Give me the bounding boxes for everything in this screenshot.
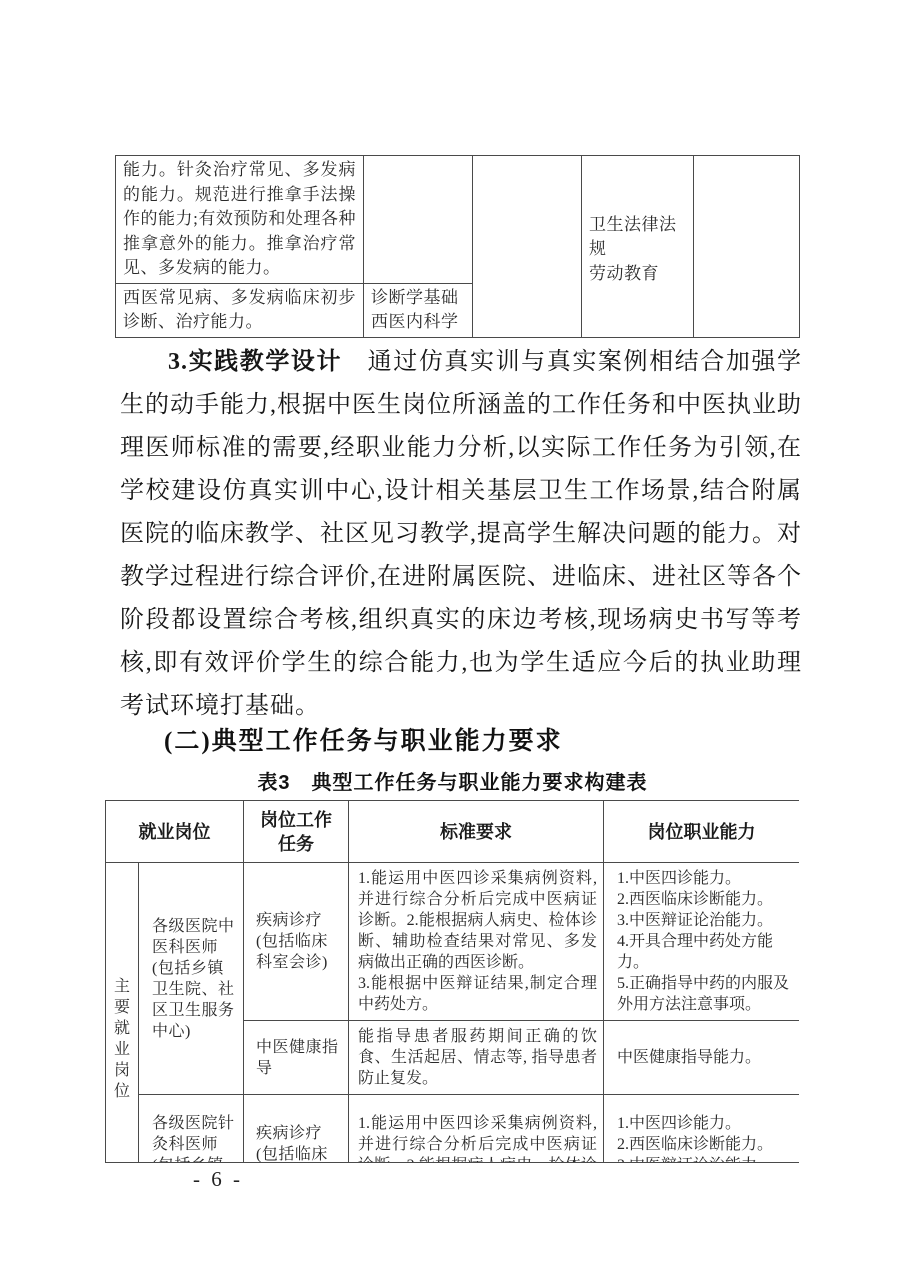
practice-teaching-paragraph: 3.实践教学设计 通过仿真实训与真实案例相结合加强学生的动手能力,根据中医生岗位… — [120, 341, 802, 728]
course-cell-diagnostics: 诊断学基础 西医内科学 — [364, 283, 473, 337]
position-tcm-doctor: 各级医院中医科医师(包括乡镇卫生院、社区卫生服务中心) — [139, 863, 244, 1095]
document-page: 能力。针灸治疗常见、多发病的能力。规范进行推拿手法操作的能力;有效预防和处理各种… — [0, 0, 904, 1280]
requirement-health-guidance: 能指导患者服药期间正确的饮食、生活起居、情志等, 指导患者防止复发。 — [349, 1021, 604, 1095]
task-disease-diagnosis-1: 疾病诊疗 (包括临床 科室会诊) — [244, 863, 349, 1021]
ability-cell-tuina: 能力。针灸治疗常见、多发病的能力。规范进行推拿手法操作的能力;有效预防和处理各种… — [116, 156, 364, 284]
ability-health-guidance: 中医健康指导能力。 — [604, 1021, 800, 1095]
header-standard-requirement: 标准要求 — [349, 801, 604, 863]
page-number: - 6 - — [193, 1167, 243, 1192]
position-acupuncture-doctor: 各级医院针灸科医师(包括乡镇卫生院、 — [139, 1095, 244, 1164]
main-employment-post-label: 主 要 就 业 岗 位 — [106, 863, 139, 1164]
empty-cell — [364, 156, 473, 284]
empty-cell — [473, 156, 582, 338]
ability-course-table-continued: 能力。针灸治疗常见、多发病的能力。规范进行推拿手法操作的能力;有效预防和处理各种… — [115, 155, 799, 338]
empty-cell — [694, 156, 800, 338]
requirement-disease-diagnosis-1: 1.能运用中医四诊采集病例资料,并进行综合分析后完成中医病证诊断。2.能根据病人… — [349, 863, 604, 1021]
section-heading: (二)典型工作任务与职业能力要求 — [120, 721, 846, 757]
table3-caption: 表3 典型工作任务与职业能力要求构建表 — [105, 766, 800, 795]
ability-disease-diagnosis-2: 1.中医四诊能力。 2.西医临床诊断能力。 3.中医辩证论治能力。 4.中医腧穴… — [604, 1095, 800, 1164]
header-employment-post: 就业岗位 — [106, 801, 244, 863]
paragraph-lead: 3.实践教学设计 — [168, 349, 342, 375]
ability-cell-western-medicine: 西医常见病、多发病临床初步诊断、治疗能力。 — [116, 283, 364, 337]
typical-task-ability-table: 就业岗位 岗位工作 任务 标准要求 岗位职业能力 主 要 就 业 岗 位 各级医… — [105, 800, 799, 1163]
header-post-task: 岗位工作 任务 — [244, 801, 349, 863]
task-health-guidance: 中医健康指导 — [244, 1021, 349, 1095]
ability-disease-diagnosis-1: 1.中医四诊能力。 2.西医临床诊断能力。 3.中医辩证论治能力。 4.开具合理… — [604, 863, 800, 1021]
requirement-disease-diagnosis-2: 1.能运用中医四诊采集病例资料,并进行综合分析后完成中医病证诊断。2.能根据病人… — [349, 1095, 604, 1164]
task-disease-diagnosis-2: 疾病诊疗 (包括临床 科室会诊) — [244, 1095, 349, 1164]
header-post-ability: 岗位职业能力 — [604, 801, 800, 863]
course-cell-law-labor: 卫生法律法规 劳动教育 — [582, 156, 694, 338]
paragraph-body: 通过仿真实训与真实案例相结合加强学生的动手能力,根据中医生岗位所涵盖的工作任务和… — [120, 349, 802, 719]
